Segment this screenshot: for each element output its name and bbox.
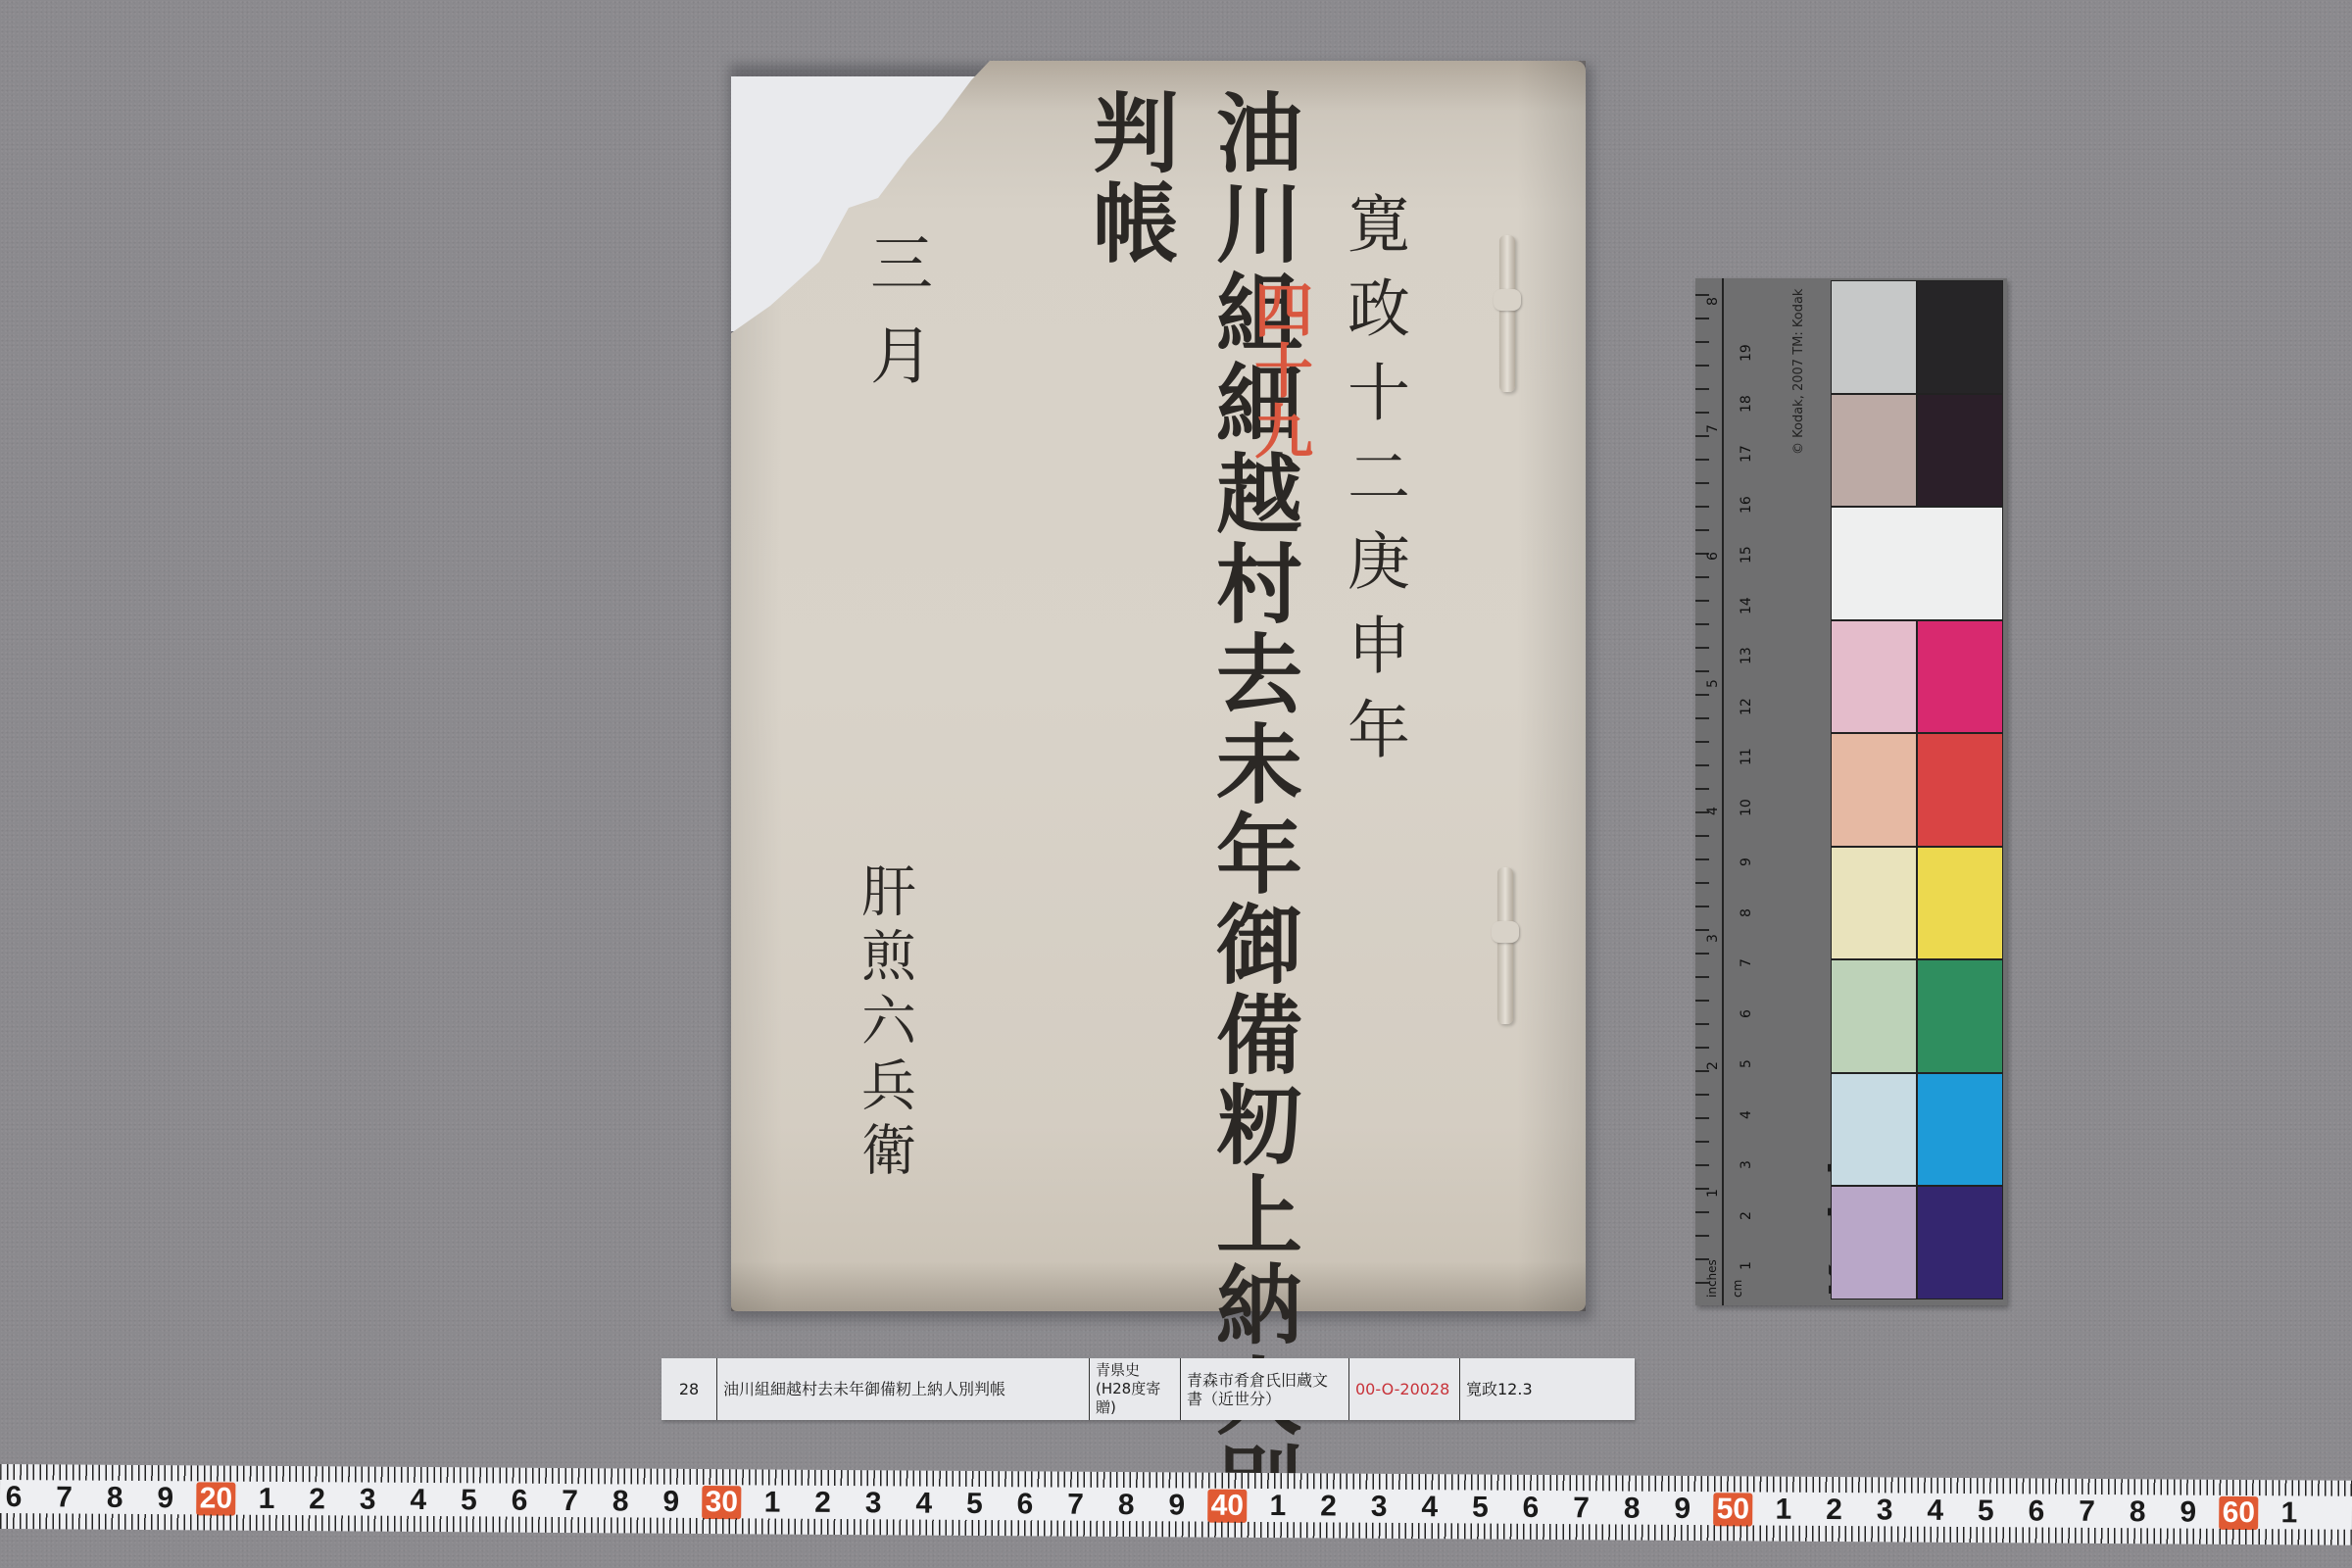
patch-green-dark [1917,959,2003,1073]
tape-major-tick-label: 60 [2220,1496,2259,1530]
tape-tick-label: 3 [865,1487,882,1520]
card-cm-tick: 4 [1739,1110,1754,1119]
tape-tick-label: 6 [1017,1488,1034,1521]
tape-tick-label: 7 [562,1485,578,1518]
patch-3-color-dark [1917,394,2003,508]
tape-major-tick-label: 40 [1208,1490,1248,1523]
patch-black-dark [1917,280,2003,394]
tape-tick-label: 1 [1775,1494,1791,1527]
patch-yellow-dark [1917,847,2003,960]
patch-black-light [1831,280,1917,394]
tape-major-tick-label: 30 [703,1486,742,1519]
binding-tie-lower [1497,867,1513,1024]
label-title: 油川組細越村去未年御備籾上納人別判帳 [717,1358,1090,1420]
tape-tick-label: 6 [2028,1494,2044,1528]
card-cm-tick: 11 [1739,748,1754,765]
card-inch-tick: 3 [1705,934,1721,943]
label-collection: 青森市肴倉氏旧蔵文書（近世分） [1181,1358,1349,1420]
tape-tick-label: 1 [1269,1490,1286,1523]
kodak-color-card: 12345678910111213141516171819 12345678 i… [1695,278,2007,1305]
tape-tick-label: 7 [1067,1489,1084,1522]
card-cm-tick: 12 [1739,698,1754,715]
card-cm-tick: 7 [1739,958,1754,967]
label-date: 寛政12.3 [1460,1358,1635,1420]
tape-tick-label: 3 [1371,1491,1388,1524]
patch-red-dark [1917,733,2003,847]
tape-tick-label: 8 [2130,1495,2146,1529]
card-cm-tick: 6 [1739,1009,1754,1018]
card-inch-tick: 6 [1705,552,1721,561]
patch-cyan-light [1831,1073,1917,1187]
label-source: 青県史(H28度寄贈) [1090,1358,1181,1420]
card-cm-tick: 9 [1739,857,1754,866]
label-catalog-id: 00-O-20028 [1349,1358,1460,1420]
tape-tick-label: 9 [662,1486,679,1519]
patch-cyan-dark [1917,1073,2003,1187]
card-ruler-line [1722,278,1724,1305]
tape-major-tick-label: 20 [197,1482,236,1515]
tape-tick-label: 7 [56,1481,73,1514]
tape-tick-label: 9 [1674,1493,1690,1526]
card-cm-tick: 1 [1739,1261,1754,1270]
tape-tick-label: 8 [1624,1493,1641,1526]
card-inch-tick: 5 [1705,679,1721,688]
document-author: 肝煎六兵衛 [845,862,923,1186]
card-cm-tick: 15 [1739,546,1754,563]
patch-magenta-dark [1917,620,2003,734]
catalog-label: 28 油川組細越村去未年御備籾上納人別判帳 青県史(H28度寄贈) 青森市肴倉氏… [661,1358,1635,1420]
patch-3-color-light [1831,394,1917,508]
inches-unit-label: inches [1705,1259,1719,1298]
binding-tie-upper [1499,235,1515,392]
tape-tick-label: 5 [966,1488,983,1521]
cm-unit-label: cm [1731,1280,1744,1298]
tape-tick-label: 4 [1927,1494,1943,1528]
tape-tick-label: 7 [2079,1495,2095,1529]
tape-tick-label: 4 [1421,1491,1438,1524]
card-cm-tick: 18 [1739,395,1754,413]
label-number: 28 [661,1358,717,1420]
tape-tick-label: 5 [1978,1494,1994,1528]
card-inch-tick: 7 [1705,424,1721,433]
tape-tick-label: 8 [612,1485,629,1518]
tape-tick-label: 1 [2280,1496,2297,1530]
tape-tick-label: 5 [461,1484,477,1517]
card-cm-tick: 10 [1739,799,1754,816]
tape-tick-label: 2 [1826,1494,1842,1527]
tape-tick-label: 9 [2180,1496,2196,1530]
patch-blue-dark [1917,1186,2003,1299]
card-cm-tick: 8 [1739,908,1754,917]
tape-tick-label: 2 [814,1487,831,1520]
tape-tick-label: 6 [512,1485,528,1518]
tape-tick-label: 4 [410,1484,426,1517]
tape-tick-label: 2 [309,1483,325,1516]
card-inch-tick: 8 [1705,297,1721,306]
card-cm-tick: 5 [1739,1059,1754,1068]
tape-tick-label: 3 [360,1484,376,1517]
card-cm-tick: 3 [1739,1160,1754,1169]
document-month: 三月 [851,230,941,415]
patch-magenta-light [1831,620,1917,734]
patch-yellow-light [1831,847,1917,960]
tape-tick-label: 1 [764,1486,781,1519]
card-cm-tick: 16 [1739,496,1754,514]
card-cm-tick: 14 [1739,597,1754,614]
tape-tick-label: 8 [1118,1489,1135,1522]
patch-green-light [1831,959,1917,1073]
tape-tick-label: 1 [259,1483,275,1516]
red-number-mark: 四十九 [1237,279,1321,462]
tape-tick-label: 4 [915,1488,932,1521]
document-era-date: 寛政十二庚申年 [1328,191,1418,781]
tape-tick-label: 2 [1320,1490,1337,1523]
tape-tick-label: 6 [6,1481,23,1514]
tape-tick-label: 9 [157,1482,173,1515]
patch-blue-light [1831,1186,1917,1299]
card-cm-tick: 13 [1739,647,1754,664]
tape-measure: 6789201234567893012345678940123456789501… [0,1464,2352,1545]
tape-major-tick-label: 50 [1714,1493,1753,1526]
patch-white [1831,507,2003,620]
patch-red-light [1831,733,1917,847]
card-inch-tick: 2 [1705,1061,1721,1070]
tape-tick-label: 9 [1168,1489,1185,1522]
tape-tick-label: 7 [1573,1492,1590,1525]
card-cm-tick: 2 [1739,1211,1754,1220]
tape-tick-label: 6 [1522,1492,1539,1525]
tape-tick-label: 5 [1472,1491,1489,1524]
card-inch-tick: 4 [1705,807,1721,815]
kodak-copyright: © Kodak, 2007 TM: Kodak [1791,289,1806,455]
tape-tick-label: 8 [107,1482,123,1515]
card-inch-tick: 1 [1705,1189,1721,1198]
tape-tick-label: 3 [1877,1494,1893,1527]
card-cm-tick: 17 [1739,445,1754,463]
card-cm-tick: 19 [1739,344,1754,362]
